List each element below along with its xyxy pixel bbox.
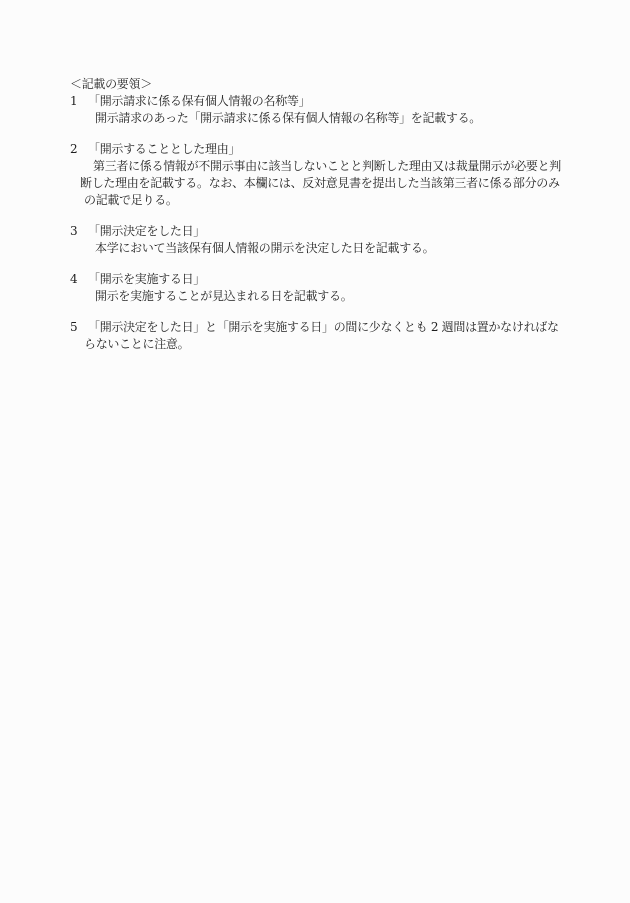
item-3-number: 3 bbox=[70, 223, 88, 240]
item-2-number: 2 bbox=[70, 141, 88, 158]
item-1: 1 「開示請求に係る保有個人情報の名称等」 開示請求のあった「開示請求に係る保有… bbox=[70, 93, 570, 127]
item-3-body-line-1: 本学において当該保有個人情報の開示を決定した日を記載する。 bbox=[95, 240, 570, 257]
item-4-body-line-1: 開示を実施することが見込まれる日を記載する。 bbox=[95, 288, 570, 305]
item-4-title: 「開示を実施する日」 bbox=[88, 271, 205, 288]
document-page: ＜記載の要領＞ 1 「開示請求に係る保有個人情報の名称等」 開示請求のあった「開… bbox=[0, 0, 630, 903]
item-5: 5 「開示決定をした日」と「開示を実施する日」の間に少なくとも 2 週間は置かな… bbox=[70, 319, 570, 353]
item-1-body-line-1: 開示請求のあった「開示請求に係る保有個人情報の名称等」を記載する。 bbox=[95, 110, 570, 127]
guidelines-text-block: ＜記載の要領＞ 1 「開示請求に係る保有個人情報の名称等」 開示請求のあった「開… bbox=[70, 76, 570, 353]
item-4-header: 4 「開示を実施する日」 bbox=[70, 271, 570, 288]
item-4: 4 「開示を実施する日」 開示を実施することが見込まれる日を記載する。 bbox=[70, 271, 570, 305]
item-1-number: 1 bbox=[70, 93, 88, 110]
item-2-header: 2 「開示することとした理由」 bbox=[70, 141, 570, 158]
item-2-body-line-3: の記載で足りる。 bbox=[84, 192, 570, 209]
item-3: 3 「開示決定をした日」 本学において当該保有個人情報の開示を決定した日を記載す… bbox=[70, 223, 570, 257]
item-2: 2 「開示することとした理由」 第三者に係る情報が不開示事由に該当しないことと判… bbox=[70, 141, 570, 209]
item-3-header: 3 「開示決定をした日」 bbox=[70, 223, 570, 240]
item-2-title: 「開示することとした理由」 bbox=[88, 141, 240, 158]
item-3-title: 「開示決定をした日」 bbox=[88, 223, 205, 240]
item-5-number: 5 bbox=[70, 319, 88, 336]
item-5-body-line-1: らないことに注意。 bbox=[84, 336, 570, 353]
item-1-title: 「開示請求に係る保有個人情報の名称等」 bbox=[88, 93, 310, 110]
item-5-title: 「開示決定をした日」と「開示を実施する日」の間に少なくとも 2 週間は置かなけれ… bbox=[88, 319, 559, 336]
item-2-body-line-1: 第三者に係る情報が不開示事由に該当しないことと判断した理由又は裁量開示が必要と判 bbox=[93, 158, 570, 175]
item-1-header: 1 「開示請求に係る保有個人情報の名称等」 bbox=[70, 93, 570, 110]
section-heading: ＜記載の要領＞ bbox=[70, 76, 570, 93]
item-2-body-line-2: 断した理由を記載する。なお、本欄には、反対意見書を提出した当該第三者に係る部分の… bbox=[80, 175, 570, 192]
item-4-number: 4 bbox=[70, 271, 88, 288]
item-5-header: 5 「開示決定をした日」と「開示を実施する日」の間に少なくとも 2 週間は置かな… bbox=[70, 319, 570, 336]
